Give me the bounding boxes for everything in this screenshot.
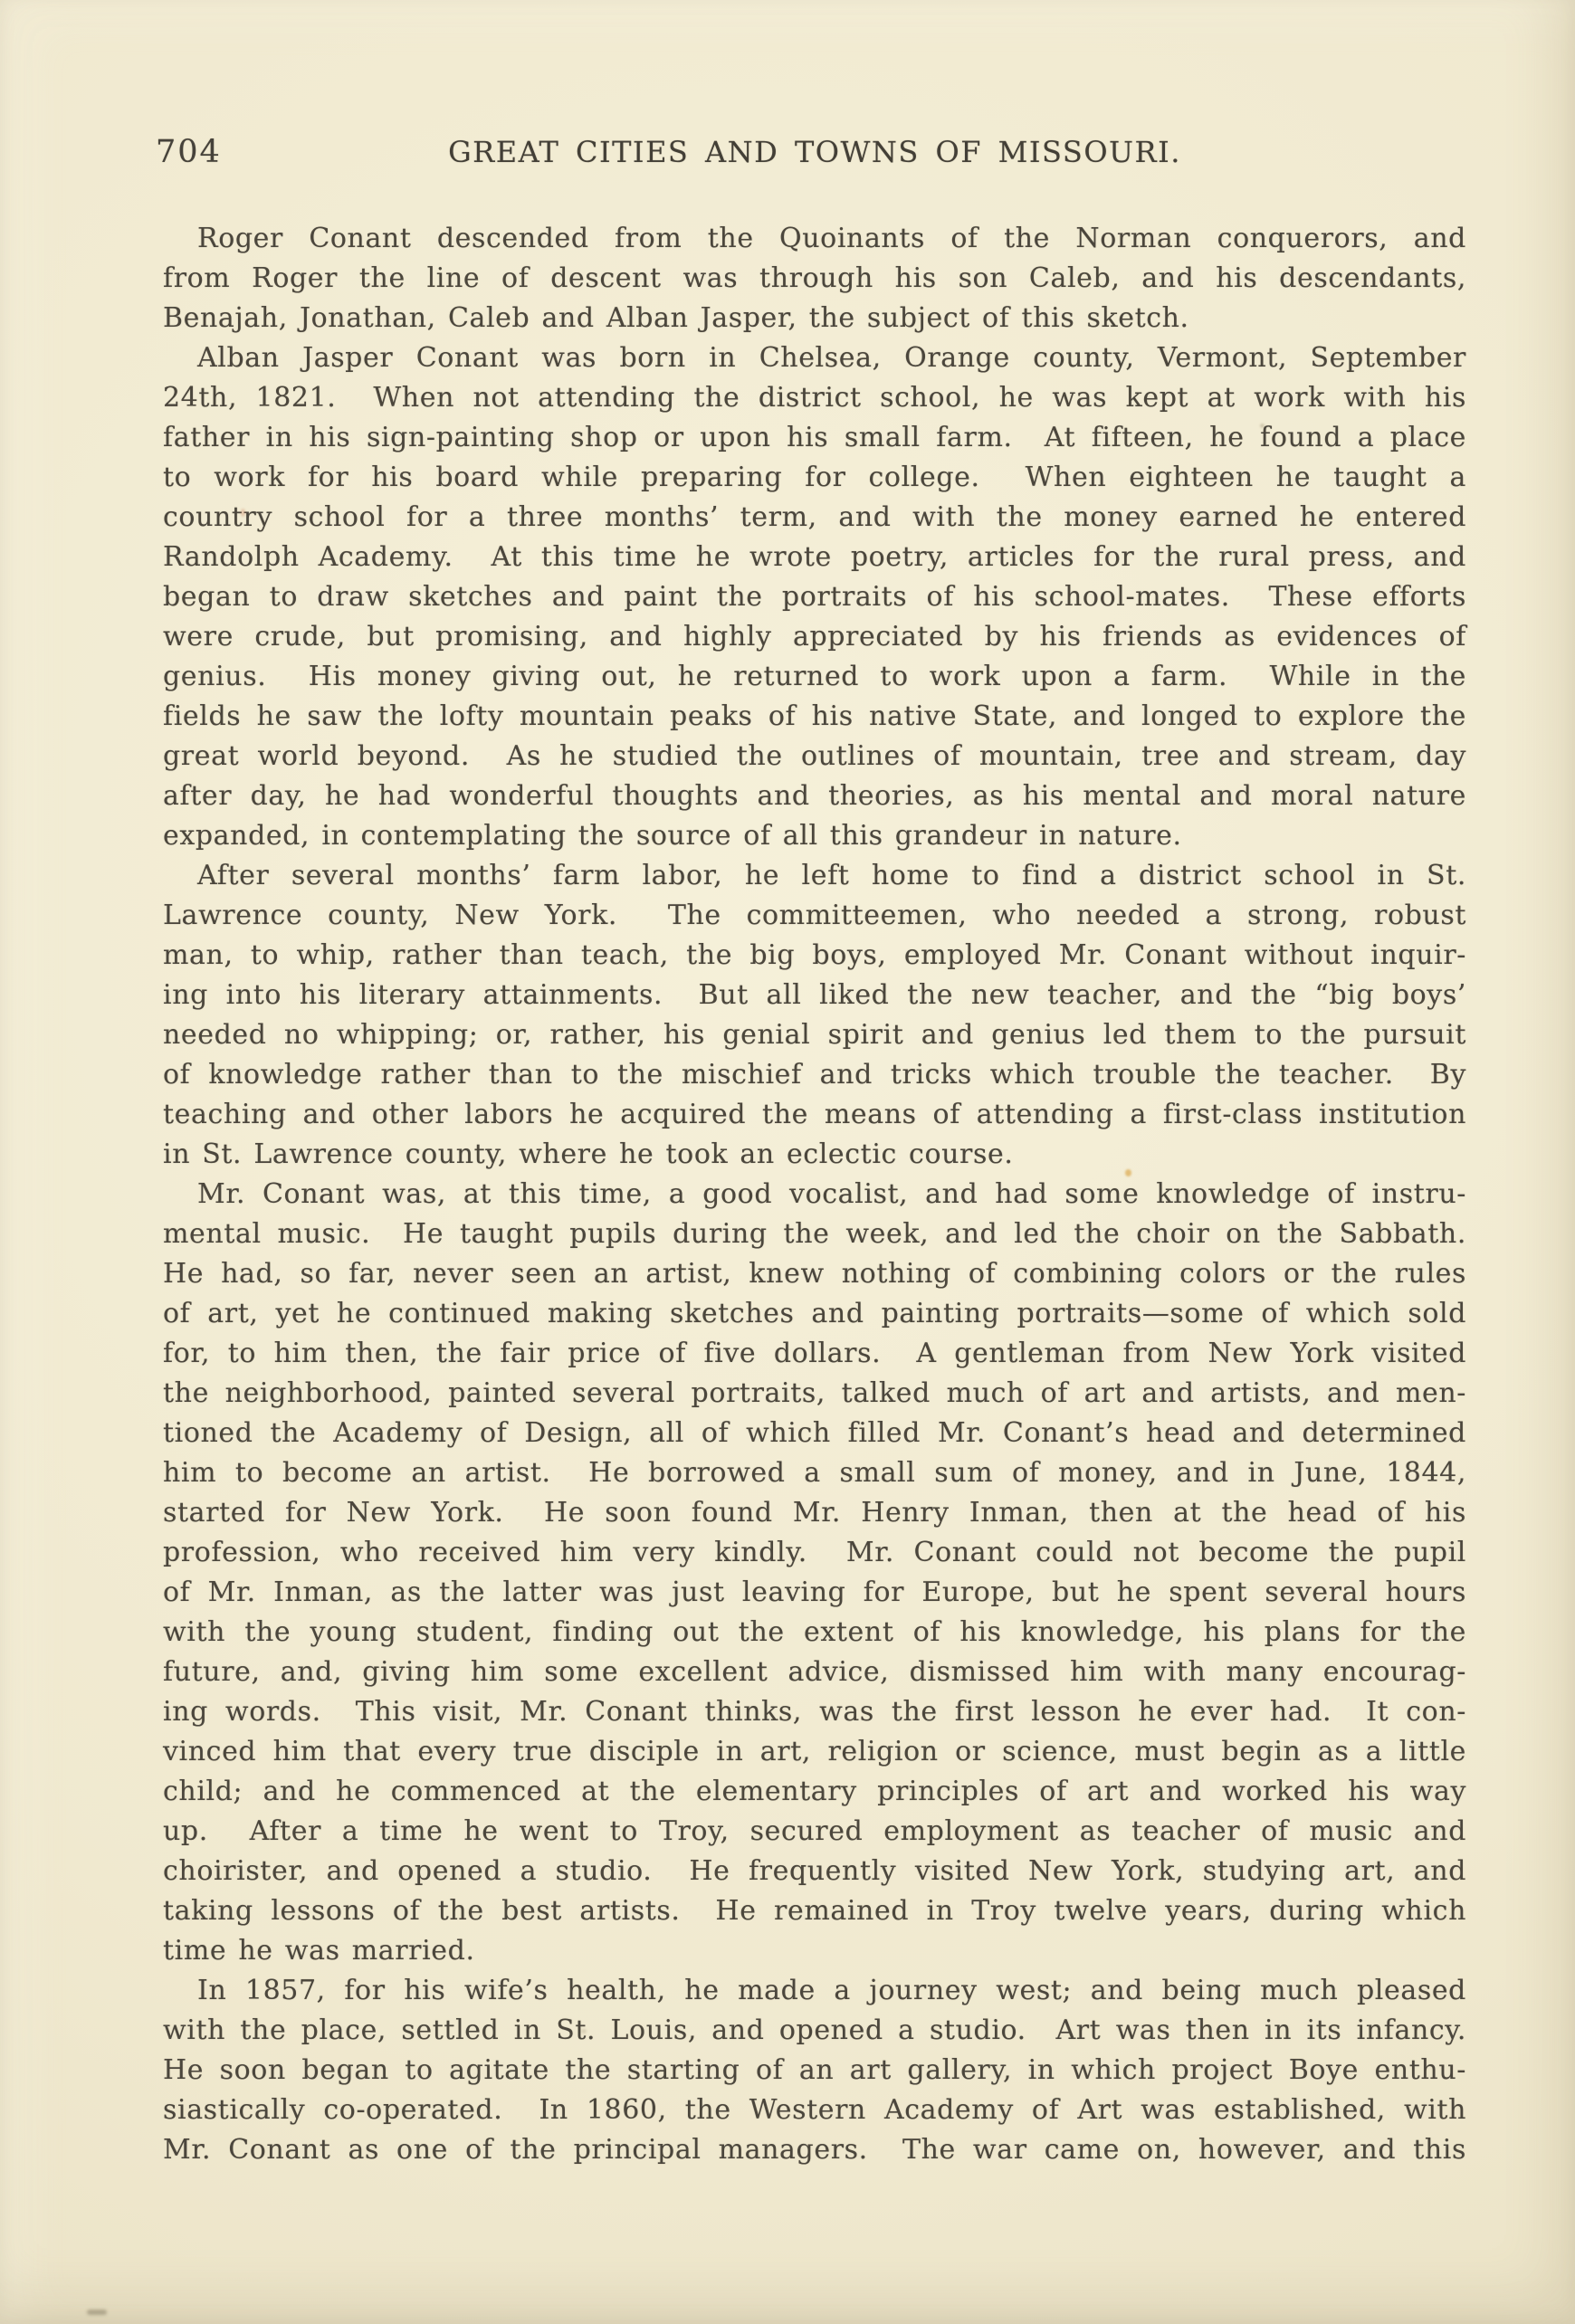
text-line: After several months’ farm labor, he lef… xyxy=(163,856,1466,896)
paper-speck xyxy=(1125,1169,1131,1176)
text-line: 24th, 1821. When not attending the distr… xyxy=(163,378,1466,418)
text-line: of Mr. Inman, as the latter was just lea… xyxy=(163,1573,1466,1613)
text-line: expanded, in contemplating the source of… xyxy=(163,816,1466,856)
text-line: ing into his literary attainments. But a… xyxy=(163,976,1466,1015)
text-line: to work for his board while preparing fo… xyxy=(163,458,1466,498)
paragraph: Roger Conant descended from the Quoinant… xyxy=(163,219,1466,338)
text-line: started for New York. He soon found Mr. … xyxy=(163,1493,1466,1533)
paper-speck xyxy=(87,2310,107,2315)
text-line: of knowledge rather than to the mischief… xyxy=(163,1055,1466,1095)
text-line: after day, he had wonderful thoughts and… xyxy=(163,776,1466,816)
text-line: future, and, giving him some excellent a… xyxy=(163,1653,1466,1692)
paper-speck xyxy=(1260,424,1265,428)
text-line: with the place, settled in St. Louis, an… xyxy=(163,2011,1466,2051)
text-line: choirister, and opened a studio. He freq… xyxy=(163,1852,1466,1891)
text-line: In 1857, for his wife’s health, he made … xyxy=(163,1971,1466,2011)
text-line: Randolph Academy. At this time he wrote … xyxy=(163,538,1466,577)
text-line: for, to him then, the fair price of five… xyxy=(163,1334,1466,1374)
text-line: child; and he commenced at the elementar… xyxy=(163,1772,1466,1812)
text-line: teaching and other labors he acquired th… xyxy=(163,1095,1466,1135)
text-line: taking lessons of the best artists. He r… xyxy=(163,1891,1466,1931)
text-line: time he was married. xyxy=(163,1931,1466,1971)
text-line: the neighborhood, painted several portra… xyxy=(163,1374,1466,1414)
text-line: siastically co-operated. In 1860, the We… xyxy=(163,2091,1466,2130)
text-line: him to become an artist. He borrowed a s… xyxy=(163,1453,1466,1493)
text-line: of art, yet he continued making sketches… xyxy=(163,1294,1466,1334)
text-line: vinced him that every true disciple in a… xyxy=(163,1732,1466,1772)
body-text: Roger Conant descended from the Quoinant… xyxy=(163,219,1466,2170)
text-line: Mr. Conant was, at this time, a good voc… xyxy=(163,1175,1466,1214)
text-line: great world beyond. As he studied the ou… xyxy=(163,737,1466,776)
text-line: country school for a three months’ term,… xyxy=(163,498,1466,538)
text-line: began to draw sketches and paint the por… xyxy=(163,577,1466,617)
text-line: father in his sign-painting shop or upon… xyxy=(163,418,1466,458)
text-line: genius. His money giving out, he returne… xyxy=(163,657,1466,697)
text-line: ing words. This visit, Mr. Conant thinks… xyxy=(163,1692,1466,1732)
text-line: Roger Conant descended from the Quoinant… xyxy=(163,219,1466,259)
text-line: fields he saw the lofty mountain peaks o… xyxy=(163,697,1466,737)
text-line: with the young student, finding out the … xyxy=(163,1613,1466,1653)
text-line: Lawrence county, New York. The committee… xyxy=(163,896,1466,936)
text-line: were crude, but promising, and highly ap… xyxy=(163,617,1466,657)
text-line: in St. Lawrence county, where he took an… xyxy=(163,1135,1466,1175)
paper-speck xyxy=(581,2029,587,2033)
text-line: profession, who received him very kindly… xyxy=(163,1533,1466,1573)
paragraph: Mr. Conant was, at this time, a good voc… xyxy=(163,1175,1466,1971)
text-line: Benajah, Jonathan, Caleb and Alban Jaspe… xyxy=(163,299,1466,338)
text-line: up. After a time he went to Troy, secure… xyxy=(163,1812,1466,1852)
text-line: He soon began to agitate the starting of… xyxy=(163,2051,1466,2091)
paper-speck xyxy=(241,509,245,517)
text-line: man, to whip, rather than teach, the big… xyxy=(163,936,1466,976)
text-line: He had, so far, never seen an artist, kn… xyxy=(163,1254,1466,1294)
text-line: mental music. He taught pupils during th… xyxy=(163,1214,1466,1254)
text-line: needed no whipping; or, rather, his geni… xyxy=(163,1015,1466,1055)
text-line: from Roger the line of descent was throu… xyxy=(163,259,1466,299)
text-line: tioned the Academy of Design, all of whi… xyxy=(163,1414,1466,1453)
paragraph: After several months’ farm labor, he lef… xyxy=(163,856,1466,1175)
paragraph: Alban Jasper Conant was born in Chelsea,… xyxy=(163,338,1466,856)
running-head: GREAT CITIES AND TOWNS OF MISSOURI. xyxy=(163,132,1466,172)
page-header: 704 GREAT CITIES AND TOWNS OF MISSOURI. xyxy=(163,132,1466,172)
book-page: 704 GREAT CITIES AND TOWNS OF MISSOURI. … xyxy=(0,0,1575,2324)
page-number: 704 xyxy=(156,132,222,172)
text-line: Mr. Conant as one of the principal manag… xyxy=(163,2130,1466,2170)
paragraph: In 1857, for his wife’s health, he made … xyxy=(163,1971,1466,2170)
text-line: Alban Jasper Conant was born in Chelsea,… xyxy=(163,338,1466,378)
